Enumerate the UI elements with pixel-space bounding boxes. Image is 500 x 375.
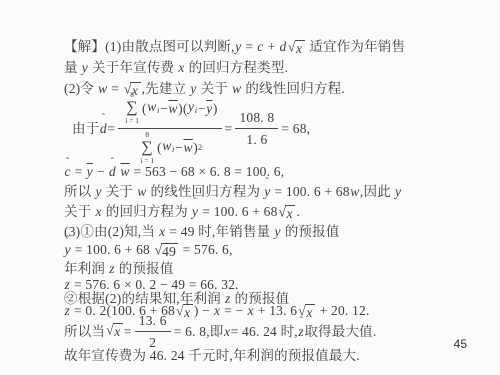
solution-line: 关于 x 的回归方程为 ˆy = 100. 6 + 68√x. xyxy=(64,203,300,222)
solution-line: ˆc = y − ˆd w = 563 − 68 × 6. 8 = 100. 6… xyxy=(64,163,284,180)
solution-line: (3)①由(2)知,当 x = 49 时,年销售量 y 的预报值 xyxy=(64,223,340,240)
solution-line: 故年宣传费为 46. 24 千元时,年利润的预报值最大. xyxy=(64,347,360,364)
solution-page: 【解】(1)由散点图可以判断,y = c + d√x 适宜作为年销售量 y 关于… xyxy=(0,0,500,375)
solution-line: 所以 y 关于 w 的线性回归方程为 ˆy = 100. 6 + 68w,因此 … xyxy=(64,183,402,200)
solution-text: 【解】(1)由散点图可以判断,y = c + d√x 适宜作为年销售量 y 关于… xyxy=(0,0,500,375)
solution-line: 年利润 z 的预报值 xyxy=(64,260,174,277)
solution-line: ˆy = 100. 6 + 68 √49 = 576. 6, xyxy=(64,241,233,260)
page-number: 45 xyxy=(454,337,467,351)
solution-line: 【解】(1)由散点图可以判断,y = c + d√x 适宜作为年销售 xyxy=(64,38,405,57)
solution-line: 由于 ˆd = 8∑i = 1 (wi − w)(yi − y)8∑i = 1 … xyxy=(72,95,310,161)
solution-line: 量 y 关于年宣传费 x 的回归方程类型. xyxy=(64,59,288,76)
solution-line: 所以当 √x = 13. 62 = 6. 8,即 x = 46. 24 时,ˆz… xyxy=(64,316,376,346)
